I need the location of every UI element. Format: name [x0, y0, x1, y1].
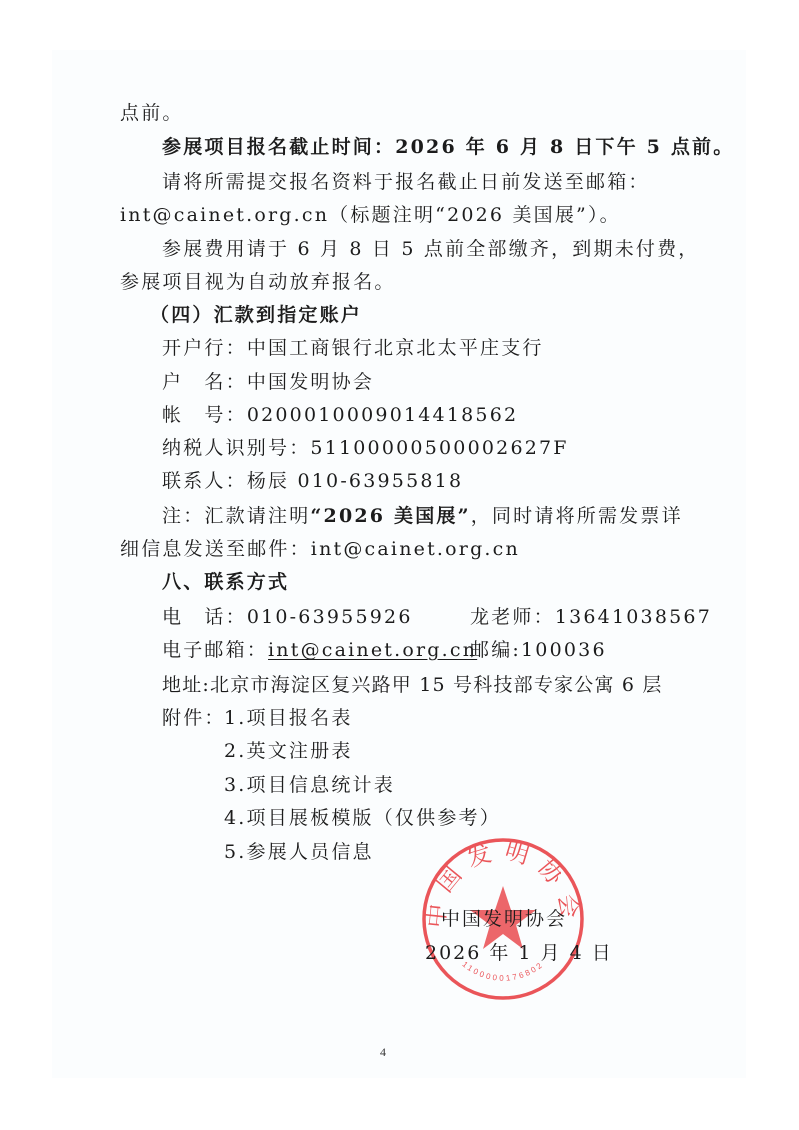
- email-link[interactable]: int@cainet.org.cn: [268, 639, 477, 661]
- account-name-value: 中国发明协会: [247, 371, 374, 393]
- attachment-item: 4.项目展板模版（仅供参考）: [224, 806, 501, 830]
- note-bold-title: “2026 美国展”: [310, 505, 470, 527]
- submission-email-line: int@cainet.org.cn（标题注明“2026 美国展”）。: [120, 203, 621, 227]
- teacher-phone-value: 13641038567: [555, 606, 712, 628]
- registration-deadline: 参展项目报名截止时间：2026 年 6 月 8 日下午 5 点前。: [162, 135, 734, 159]
- account-name-label: 户 名：: [162, 371, 247, 393]
- account-number-row: 帐 号：0200010009014418562: [162, 403, 518, 427]
- remittance-note-line2: 细信息发送至邮件：int@cainet.org.cn: [120, 537, 520, 561]
- remittance-note-line1: 注：汇款请注明“2026 美国展”，同时请将所需发票详: [162, 504, 683, 528]
- phone-label: 电 话：: [162, 606, 247, 628]
- account-name-row: 户 名：中国发明协会: [162, 370, 374, 394]
- remittance-heading: （四）汇款到指定账户: [150, 303, 362, 327]
- teacher-phone-row: 龙老师：13641038567: [470, 605, 712, 629]
- attachment-item: 5.参展人员信息: [224, 840, 374, 864]
- contact-person-row: 联系人：杨辰 010-63955818: [162, 469, 463, 493]
- submission-instruction: 请将所需提交报名资料于报名截止日前发送至邮箱：: [162, 170, 650, 194]
- contact-heading: 八、联系方式: [162, 570, 289, 594]
- account-number-label: 帐 号：: [162, 404, 247, 426]
- note-suffix: ，同时请将所需发票详: [471, 505, 683, 527]
- postcode-label: 邮编:: [470, 639, 521, 661]
- phone-value: 010-63955926: [247, 606, 413, 628]
- attachments-label: 附件：: [162, 706, 226, 730]
- tax-id-row: 纳税人识别号：51100000500002627F: [162, 436, 569, 460]
- attachment-item: 1.项目报名表: [224, 706, 353, 730]
- bank-row: 开户行：中国工商银行北京北太平庄支行: [162, 336, 544, 360]
- signature-date: 2026 年 1 月 4 日: [425, 941, 613, 965]
- attachment-item: 3.项目信息统计表: [224, 773, 395, 797]
- bank-value: 中国工商银行北京北太平庄支行: [247, 337, 544, 359]
- attachment-item: 2.英文注册表: [224, 739, 353, 763]
- bank-label: 开户行：: [162, 337, 247, 359]
- text-line-continuation: 点前。: [120, 101, 184, 125]
- fee-deadline: 参展费用请于 6 月 8 日 5 点前全部缴齐，到期未付费，: [162, 237, 700, 261]
- signature-organization: 中国发明协会: [441, 907, 567, 931]
- email-row: 电子邮箱：int@cainet.org.cn: [162, 638, 477, 662]
- tax-id-value: 51100000500002627F: [310, 437, 568, 459]
- teacher-label: 龙老师：: [470, 606, 555, 628]
- note-prefix: 注：汇款请注明: [162, 505, 310, 527]
- email-label: 电子邮箱：: [162, 639, 268, 661]
- submission-email-text: int@cainet.org.cn（标题注明“2026 美国展”）。: [120, 204, 621, 226]
- page-number: 4: [380, 1045, 386, 1060]
- postcode-row: 邮编:100036: [470, 638, 607, 662]
- fee-forfeit-note: 参展项目视为自动放弃报名。: [120, 270, 396, 294]
- tax-id-label: 纳税人识别号：: [162, 437, 310, 459]
- phone-row: 电 话：010-63955926: [162, 605, 413, 629]
- contact-person-label: 联系人：: [162, 470, 247, 492]
- account-number-value: 0200010009014418562: [247, 404, 518, 426]
- contact-person-value: 杨辰 010-63955818: [247, 470, 463, 492]
- address-row: 地址:北京市海淀区复兴路甲 15 号科技部专家公寓 6 层: [162, 673, 663, 697]
- postcode-value: 100036: [521, 639, 607, 661]
